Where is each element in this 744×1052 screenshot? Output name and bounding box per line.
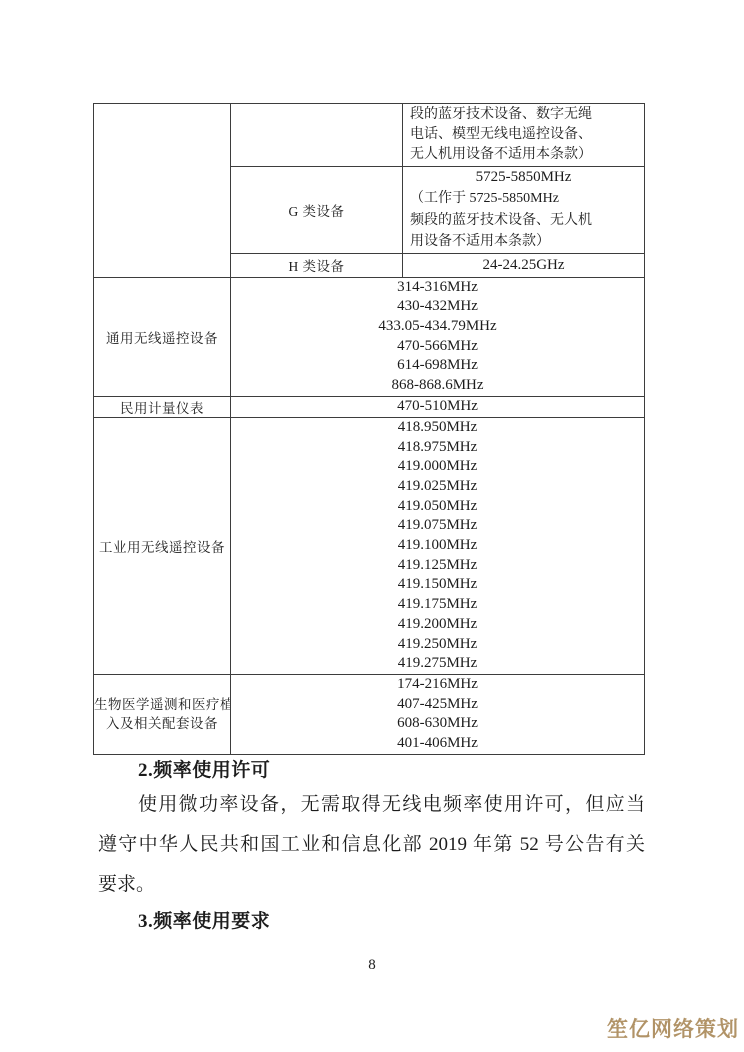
frequency-value: 470-566MHz: [231, 337, 644, 357]
frequency-value: 418.950MHz: [231, 418, 644, 438]
table-cell-frequency-note-continuation: 段的蓝牙技术设备、数字无绳电话、模型无线电遥控设备、无人机用设备不适用本条款）: [403, 104, 645, 167]
section-heading-frequency-license: 2.频率使用许可: [138, 760, 270, 781]
table-cell-device-class-h: H 类设备: [231, 253, 403, 277]
frequency-note-line: 频段的蓝牙技术设备、无人机: [410, 210, 644, 232]
section-heading-frequency-requirements: 3.频率使用要求: [138, 911, 270, 932]
document-page: 段的蓝牙技术设备、数字无绳电话、模型无线电遥控设备、无人机用设备不适用本条款） …: [0, 0, 744, 1052]
page-number: 8: [0, 956, 744, 974]
table-cell-frequencies-industrial-remote: 418.950MHz418.975MHz419.000MHz419.025MHz…: [231, 417, 645, 674]
frequency-value: 419.275MHz: [231, 654, 644, 674]
frequency-value: 430-432MHz: [231, 297, 644, 317]
table-row-civil-meter: 民用计量仪表 470-510MHz: [94, 396, 645, 417]
category-label-line: 入及相关配套设备: [94, 714, 230, 733]
frequency-value: 5725-5850MHz: [403, 167, 644, 189]
paragraph-line: 要求。: [98, 865, 645, 905]
table-cell-category-general-remote: 通用无线遥控设备: [94, 277, 231, 396]
table-row-general-remote: 通用无线遥控设备 314-316MHz430-432MHz433.05-434.…: [94, 277, 645, 396]
frequency-note-line: （工作于 5725-5850MHz: [410, 188, 644, 210]
frequency-value: 174-216MHz: [231, 675, 644, 695]
table-row-biomedical: 生物医学遥测和医疗植入及相关配套设备 174-216MHz407-425MHz6…: [94, 674, 645, 754]
frequency-value: 419.100MHz: [231, 536, 644, 556]
frequency-value: 419.050MHz: [231, 497, 644, 517]
frequency-value: 419.250MHz: [231, 635, 644, 655]
table-cell-category-civil-meter: 民用计量仪表: [94, 396, 231, 417]
frequency-note-line: 用设备不适用本条款）: [410, 231, 644, 253]
frequency-value: 868-868.6MHz: [231, 376, 644, 396]
table-cell-frequency-civil-meter: 470-510MHz: [231, 396, 645, 417]
table-cell-frequency-h: 24-24.25GHz: [403, 253, 645, 277]
frequency-value: 419.175MHz: [231, 595, 644, 615]
frequency-value: 314-316MHz: [231, 278, 644, 298]
table-row-continuation: 段的蓝牙技术设备、数字无绳电话、模型无线电遥控设备、无人机用设备不适用本条款）: [94, 104, 645, 167]
table-cell-frequencies-biomedical: 174-216MHz407-425MHz608-630MHz401-406MHz: [231, 674, 645, 754]
frequency-value: 419.200MHz: [231, 615, 644, 635]
frequency-value: 418.975MHz: [231, 438, 644, 458]
frequency-value: 419.075MHz: [231, 516, 644, 536]
paragraph-line: 使用微功率设备，无需取得无线电频率使用许可，但应当: [98, 785, 645, 825]
frequency-value: 419.125MHz: [231, 556, 644, 576]
table-cell-category-industrial-remote: 工业用无线遥控设备: [94, 417, 231, 674]
paragraph-line: 遵守中华人民共和国工业和信息化部 2019 年第 52 号公告有关: [98, 825, 645, 865]
license-paragraph: 使用微功率设备，无需取得无线电频率使用许可，但应当 遵守中华人民共和国工业和信息…: [98, 785, 645, 905]
table-cell-category-continuation: [94, 104, 231, 278]
frequency-note: （工作于 5725-5850MHz频段的蓝牙技术设备、无人机用设备不适用本条款）: [403, 188, 644, 253]
frequency-note-line: 段的蓝牙技术设备、数字无绳: [410, 105, 640, 125]
frequency-note-line: 无人机用设备不适用本条款）: [410, 145, 640, 165]
table-cell-device-class-g: G 类设备: [231, 166, 403, 253]
frequency-value: 608-630MHz: [231, 714, 644, 734]
table-cell-frequencies-general-remote: 314-316MHz430-432MHz433.05-434.79MHz470-…: [231, 277, 645, 396]
frequency-value: 419.150MHz: [231, 575, 644, 595]
frequency-table: 段的蓝牙技术设备、数字无绳电话、模型无线电遥控设备、无人机用设备不适用本条款） …: [93, 103, 645, 755]
watermark: 笙亿网络策划: [607, 1018, 739, 1042]
frequency-value: 433.05-434.79MHz: [231, 317, 644, 337]
table-row-industrial-remote: 工业用无线遥控设备 418.950MHz418.975MHz419.000MHz…: [94, 417, 645, 674]
frequency-value: 407-425MHz: [231, 695, 644, 715]
table-cell-category-biomedical: 生物医学遥测和医疗植入及相关配套设备: [94, 674, 231, 754]
frequency-value: 401-406MHz: [231, 734, 644, 754]
table-cell-device-class-empty: [231, 104, 403, 167]
frequency-value: 419.025MHz: [231, 477, 644, 497]
frequency-value: 614-698MHz: [231, 356, 644, 376]
category-label-line: 生物医学遥测和医疗植: [94, 695, 230, 714]
table-cell-frequency-g: 5725-5850MHz （工作于 5725-5850MHz频段的蓝牙技术设备、…: [403, 166, 645, 253]
frequency-note-line: 电话、模型无线电遥控设备、: [410, 125, 640, 145]
frequency-value: 419.000MHz: [231, 457, 644, 477]
